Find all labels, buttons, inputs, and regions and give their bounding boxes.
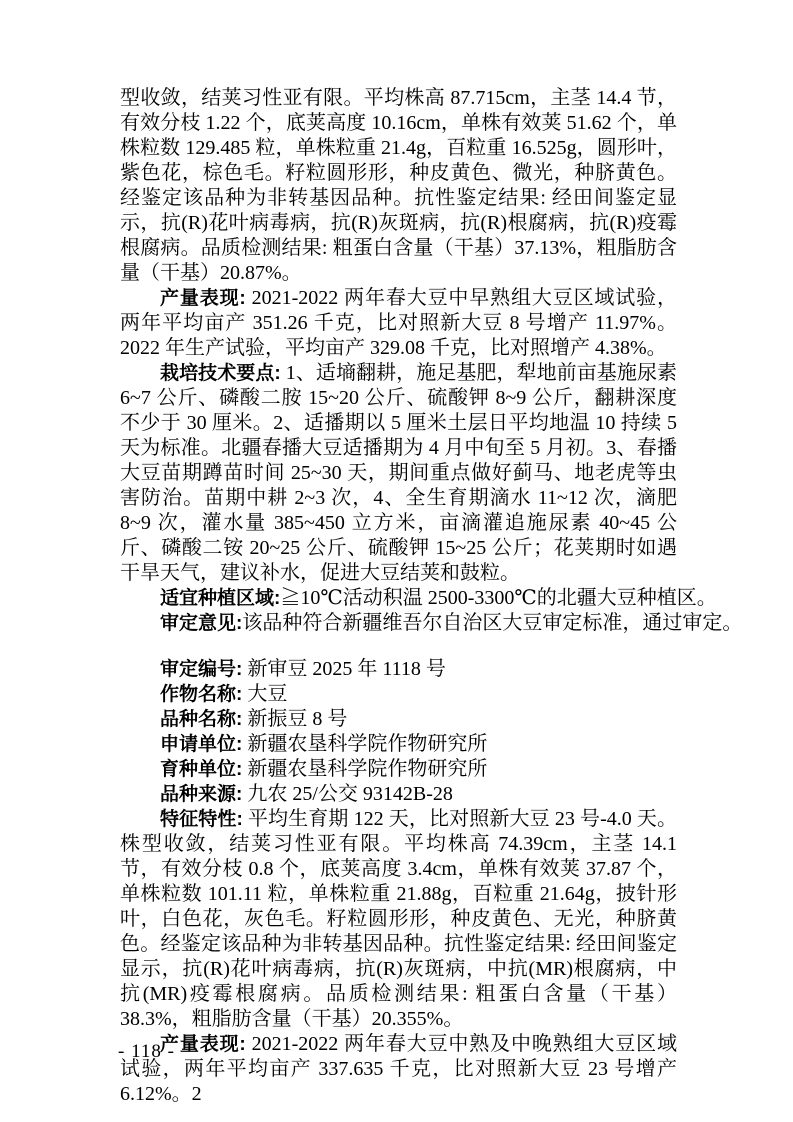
field-label: 品种来源:: [160, 784, 242, 805]
field-label: 审定编号:: [160, 659, 242, 680]
field-value: 新振豆 8 号: [242, 708, 347, 730]
field-label: 品种名称:: [160, 709, 242, 730]
field-value: 新疆农垦科学院作物研究所: [242, 733, 487, 755]
paragraph-text: 该品种符合新疆维吾尔自治区大豆审定标准，通过审定。: [242, 612, 742, 634]
paragraph-continuation: 型收敛，结荚习性亚有限。平均株高 87.715cm，主茎 14.4 节，有效分枝…: [120, 86, 677, 286]
field-applicant-unit: 申请单位: 新疆农垦科学院作物研究所: [120, 732, 677, 757]
field-label: 申请单位:: [160, 734, 242, 755]
paragraph-label: 栽培技术要点:: [160, 363, 281, 384]
field-crop-name: 作物名称: 大豆: [120, 682, 677, 707]
paragraph-label: 审定意见:: [160, 613, 242, 634]
paragraph-text: ≧10℃活动积温 2500-3300℃的北疆大豆种植区。: [280, 587, 716, 609]
field-value: 新审豆 2025 年 1118 号: [242, 658, 446, 680]
paragraph-label: 特征特性:: [160, 809, 243, 830]
paragraph-label: 产量表现:: [160, 288, 246, 309]
field-breeding-unit: 育种单位: 新疆农垦科学院作物研究所: [120, 757, 677, 782]
paragraph-text: 1、适墒翻耕，施足基肥，犁地前亩基施尿素 6~7 公斤、磷酸二胺 15~20 公…: [120, 362, 677, 584]
paragraph-approval-opinion: 审定意见:该品种符合新疆维吾尔自治区大豆审定标准，通过审定。: [120, 611, 677, 636]
document-page: 型收敛，结荚习性亚有限。平均株高 87.715cm，主茎 14.4 节，有效分枝…: [0, 0, 793, 1122]
page-number: - 118 -: [118, 1041, 175, 1063]
paragraph-yield-performance: 产量表现: 2021-2022 两年春大豆中早熟组大豆区域试验，两年平均亩产 3…: [120, 286, 677, 361]
paragraph-text: 平均生育期 122 天，比对照新大豆 23 号-4.0 天。株型收敛，结荚习性亚…: [120, 808, 677, 1030]
paragraph-cultivation-techniques: 栽培技术要点: 1、适墒翻耕，施足基肥，犁地前亩基施尿素 6~7 公斤、磷酸二胺…: [120, 361, 677, 586]
field-label: 育种单位:: [160, 759, 242, 780]
page-body-text: 型收敛，结荚习性亚有限。平均株高 87.715cm，主茎 14.4 节，有效分枝…: [120, 86, 677, 1107]
field-variety-name: 品种名称: 新振豆 8 号: [120, 707, 677, 732]
field-variety-origin: 品种来源: 九农 25/公交 93142B-28: [120, 782, 677, 807]
paragraph-label: 适宜种植区域:: [160, 588, 280, 609]
paragraph-characteristics: 特征特性: 平均生育期 122 天，比对照新大豆 23 号-4.0 天。株型收敛…: [120, 807, 677, 1032]
field-label: 作物名称:: [160, 684, 242, 705]
blank-line: [120, 636, 677, 657]
paragraph-yield-performance-2: 产量表现: 2021-2022 两年春大豆中熟及中晚熟组大豆区域试验，两年平均亩…: [120, 1032, 677, 1107]
field-value: 大豆: [242, 683, 287, 705]
field-value: 九农 25/公交 93142B-28: [242, 783, 453, 805]
field-value: 新疆农垦科学院作物研究所: [242, 758, 487, 780]
field-approval-number: 审定编号: 新审豆 2025 年 1118 号: [120, 657, 677, 682]
paragraph-suitable-region: 适宜种植区域:≧10℃活动积温 2500-3300℃的北疆大豆种植区。: [120, 586, 677, 611]
